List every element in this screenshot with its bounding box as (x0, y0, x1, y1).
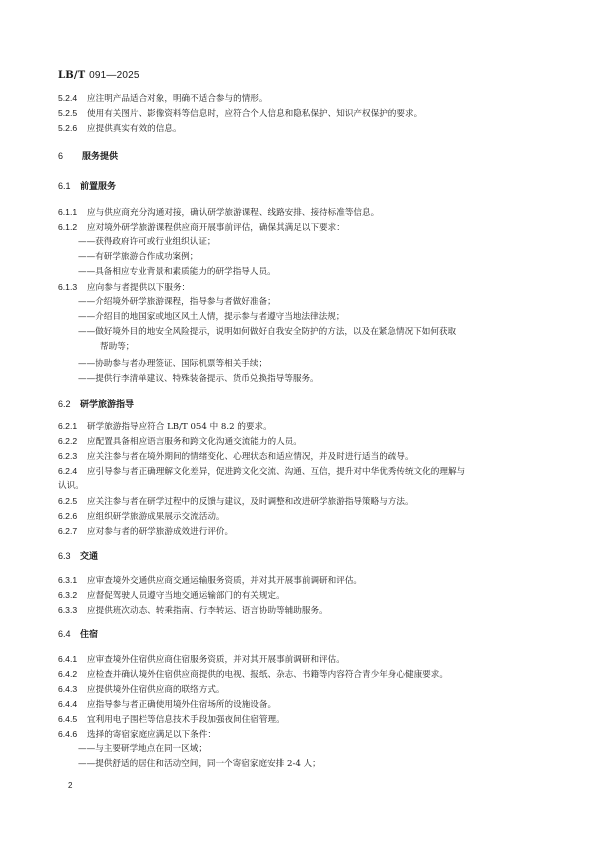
clause-text: 应检查并确认境外住宿供应商提供的电视、报纸、杂志、书籍等内容符合青少年身心健康要… (87, 670, 448, 680)
clause-text: 研学旅游指导 (80, 400, 134, 410)
clause: 6.1.3应向参与者提供以下服务： (58, 281, 190, 294)
clause-text: 应审查境外交通供应商交通运输服务资质，并对其开展事前调研和评估。 (87, 576, 362, 586)
clause: 6.1.1应与供应商充分沟通对接，确认研学旅游课程、线路安排、接待标准等信息。 (58, 206, 379, 219)
clause: 6.2.2应配置具备相应语言服务和跨文化沟通交流能力的人员。 (58, 435, 302, 448)
clause-text: 应注明产品适合对象，明确不适合参与的情形。 (87, 94, 267, 104)
continuation-text: 帮助等； (100, 341, 134, 353)
clause-text: 应向参与者提供以下服务： (87, 283, 190, 293)
clause: 5.2.6应提供真实有效的信息。 (58, 122, 182, 135)
continuation-text: 认识。 (58, 480, 84, 492)
clause-text: 应与供应商充分沟通对接，确认研学旅游课程、线路安排、接待标准等信息。 (87, 208, 379, 218)
clause-number: 5.2.6 (58, 122, 87, 134)
clause-number: 6.2 (58, 398, 80, 410)
clause-text: 应督促驾驶人员遵守当地交通运输部门的有关规定。 (87, 591, 285, 601)
clause-text: 交通 (80, 552, 98, 562)
document-header: LB/T 091—2025 (58, 70, 140, 81)
clause-number: 6.3.2 (58, 589, 87, 601)
clause: 6.2.7应对参与者的研学旅游成效进行评价。 (58, 525, 233, 538)
clause-number: 6.4.3 (58, 683, 87, 695)
clause-number: 6.1 (58, 180, 80, 192)
clause-number: 6.3.1 (58, 574, 87, 586)
clause-number: 6.2.7 (58, 525, 87, 537)
clause-number: 6.3 (58, 550, 80, 562)
clause-text: 应组织研学旅游成果展示交流活动。 (87, 512, 225, 522)
clause: 6.2.6应组织研学旅游成果展示交流活动。 (58, 510, 225, 523)
clause-text: 应对境外研学旅游课程供应商开展事前评估，确保其满足以下要求： (87, 223, 345, 233)
list-item: ——有研学旅游合作成功案例； (78, 251, 198, 263)
standard-prefix: LB/T (58, 70, 85, 81)
list-item: ——获得政府许可或行业组织认证； (78, 236, 216, 248)
standard-code: 091—2025 (89, 70, 140, 81)
clause: 6.3.2应督促驾驶人员遵守当地交通运输部门的有关规定。 (58, 589, 285, 602)
clause-number: 6.4.5 (58, 713, 87, 725)
clause: 6.1.2应对境外研学旅游课程供应商开展事前评估，确保其满足以下要求： (58, 221, 345, 234)
clause: 6.3.3应提供班次动态、转乘指南、行李转运、语言协助等辅助服务。 (58, 604, 328, 617)
clause: 6.3.1应审查境外交通供应商交通运输服务资质，并对其开展事前调研和评估。 (58, 574, 362, 587)
clause-number: 6.2.3 (58, 450, 87, 462)
clause-text: 选择的寄宿家庭应满足以下条件： (87, 730, 216, 740)
clause-text: 应提供班次动态、转乘指南、行李转运、语言协助等辅助服务。 (87, 606, 328, 616)
list-item: ——具备相应专业背景和素质能力的研学指导人员。 (78, 266, 276, 278)
clause-text: 服务提供 (82, 152, 118, 162)
clause-text: 应提供真实有效的信息。 (87, 124, 182, 134)
clause-text: 应提供境外住宿供应商的联络方式。 (87, 685, 225, 695)
clause: 6.4.4应指导参与者正确使用境外住宿场所的设施设备。 (58, 698, 276, 711)
clause: 6.4.1应审查境外住宿供应商住宿服务资质，并对其开展事前调研和评估。 (58, 653, 345, 666)
list-item: ——提供行李清单建议、特殊装备提示、货币兑换指导等服务。 (78, 373, 319, 385)
clause-number: 6.4.6 (58, 728, 87, 740)
clause-number: 6.2.2 (58, 435, 87, 447)
clause: 6.2.1研学旅游指导应符合 LB/T 054 中 8.2 的要求。 (58, 420, 272, 433)
clause: 6.4.5宜利用电子围栏等信息技术手段加强夜间住宿管理。 (58, 713, 285, 726)
section-heading: 6.2研学旅游指导 (58, 398, 134, 411)
clause: 5.2.4应注明产品适合对象，明确不适合参与的情形。 (58, 92, 267, 105)
section-heading: 6.3交通 (58, 550, 98, 563)
clause: 6.4.2应检查并确认境外住宿供应商提供的电视、报纸、杂志、书籍等内容符合青少年… (58, 668, 448, 681)
clause-number: 6.1.3 (58, 281, 87, 293)
clause: 6.2.4应引导参与者正确理解文化差异，促进跨文化交流、沟通、互信，提升对中华优… (58, 465, 465, 478)
clause: 6.4.6选择的寄宿家庭应满足以下条件： (58, 728, 216, 741)
page-number: 2 (68, 781, 72, 790)
clause-text: 应关注参与者在境外期间的情绪变化、心理状态和适应情况，并及时进行适当的疏导。 (87, 452, 414, 462)
clause-number: 6.2.6 (58, 510, 87, 522)
clause-number: 6.3.3 (58, 604, 87, 616)
list-item: ——介绍境外研学旅游课程，指导参与者做好准备； (78, 296, 276, 308)
section-heading: 6.1前置服务 (58, 180, 116, 193)
clause: 6.2.3应关注参与者在境外期间的情绪变化、心理状态和适应情况，并及时进行适当的… (58, 450, 414, 463)
clause-text: 应审查境外住宿供应商住宿服务资质，并对其开展事前调研和评估。 (87, 655, 345, 665)
list-item: ——协助参与者办理签证、国际机票等相关手续； (78, 358, 267, 370)
list-item: ——提供舒适的居住和活动空间，同一个寄宿家庭安排 2-4 人； (78, 758, 321, 770)
clause-text: 研学旅游指导应符合 LB/T 054 中 8.2 的要求。 (87, 422, 272, 432)
clause-number: 6.1.2 (58, 221, 87, 233)
clause-number: 5.2.4 (58, 92, 87, 104)
section-heading: 6.4住宿 (58, 628, 98, 641)
clause: 6.4.3应提供境外住宿供应商的联络方式。 (58, 683, 225, 696)
clause: 5.2.5使用有关图片、影像资料等信息时，应符合个人信息和隐私保护、知识产权保护… (58, 107, 422, 120)
clause-number: 6.4 (58, 628, 80, 640)
clause-number: 6.1.1 (58, 206, 87, 218)
clause-number: 6.4.4 (58, 698, 87, 710)
list-item: ——做好境外目的地安全风险提示，说明如何做好自我安全防护的方法，以及在紧急情况下… (78, 326, 456, 338)
clause-text: 应配置具备相应语言服务和跨文化沟通交流能力的人员。 (87, 437, 302, 447)
clause-number: 6.4.2 (58, 668, 87, 680)
list-item: ——介绍目的地国家或地区风土人情，提示参与者遵守当地法律法规； (78, 311, 344, 323)
clause-number: 6.2.1 (58, 420, 87, 432)
list-item: ——与主要研学地点在同一区域； (78, 743, 207, 755)
section-heading: 6服务提供 (58, 150, 118, 163)
clause: 6.2.5应关注参与者在研学过程中的反馈与建议，及时调整和改进研学旅游指导策略与… (58, 495, 414, 508)
clause-text: 宜利用电子围栏等信息技术手段加强夜间住宿管理。 (87, 715, 285, 725)
clause-text: 住宿 (80, 630, 98, 640)
clause-number: 6.4.1 (58, 653, 87, 665)
clause-text: 应指导参与者正确使用境外住宿场所的设施设备。 (87, 700, 276, 710)
clause-text: 前置服务 (80, 182, 116, 192)
clause-number: 6.2.4 (58, 465, 87, 477)
clause-number: 6 (58, 150, 82, 162)
clause-text: 应对参与者的研学旅游成效进行评价。 (87, 527, 233, 537)
clause-number: 6.2.5 (58, 495, 87, 507)
clause-text: 应引导参与者正确理解文化差异，促进跨文化交流、沟通、互信，提升对中华优秀传统文化… (87, 467, 465, 477)
clause-text: 应关注参与者在研学过程中的反馈与建议，及时调整和改进研学旅游指导策略与方法。 (87, 497, 414, 507)
clause-number: 5.2.5 (58, 107, 87, 119)
clause-text: 使用有关图片、影像资料等信息时，应符合个人信息和隐私保护、知识产权保护的要求。 (87, 109, 422, 119)
